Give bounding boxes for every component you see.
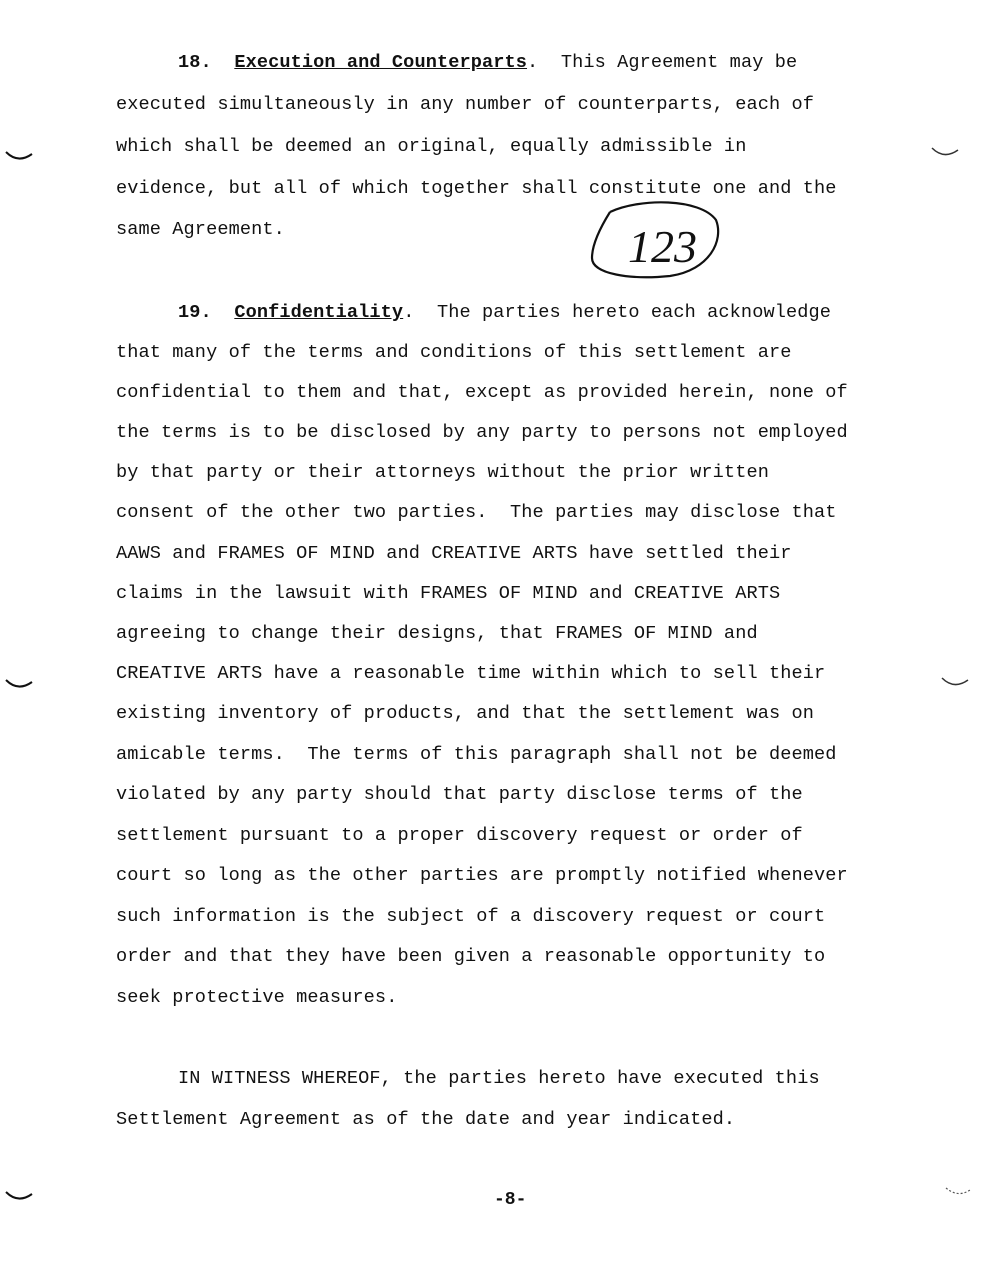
section-18-line: same Agreement. — [116, 219, 285, 240]
section-18-line: executed simultaneously in any number of… — [116, 94, 814, 115]
section-19-line: amicable terms. The terms of this paragr… — [116, 744, 837, 765]
section-18-heading: Execution and Counterparts — [234, 52, 527, 73]
section-18-number: 18. — [178, 52, 212, 73]
hole-mark-icon — [4, 678, 36, 692]
handwritten-page-mark: 123 — [590, 200, 720, 280]
hole-mark-icon — [944, 1186, 974, 1200]
section-19-line: claims in the lawsuit with FRAMES OF MIN… — [116, 583, 780, 604]
witness-line: IN WITNESS WHEREOF, the parties hereto h… — [178, 1068, 820, 1089]
section-19-first-line: 19. Confidentiality. The parties hereto … — [178, 302, 831, 323]
section-18-line: which shall be deemed an original, equal… — [116, 136, 746, 157]
section-19-line: by that party or their attorneys without… — [116, 462, 769, 483]
section-19-line: court so long as the other parties are p… — [116, 865, 848, 886]
section-19-line: the terms is to be disclosed by any part… — [116, 422, 848, 443]
hole-mark-icon — [4, 1190, 36, 1204]
hole-mark-icon — [940, 676, 972, 690]
section-19-line: violated by any party should that party … — [116, 784, 803, 805]
witness-line: Settlement Agreement as of the date and … — [116, 1109, 735, 1130]
section-18-first-line: 18. Execution and Counterparts. This Agr… — [178, 52, 797, 73]
section-19-line: confidential to them and that, except as… — [116, 382, 848, 403]
section-19-line: agreeing to change their designs, that F… — [116, 623, 758, 644]
section-19-line: order and that they have been given a re… — [116, 946, 825, 967]
section-19-line: that many of the terms and conditions of… — [116, 342, 791, 363]
section-19-line: AAWS and FRAMES OF MIND and CREATIVE ART… — [116, 543, 791, 564]
section-19-line: settlement pursuant to a proper discover… — [116, 825, 803, 846]
circle-icon: 123 — [590, 200, 720, 280]
section-19-line: existing inventory of products, and that… — [116, 703, 814, 724]
section-19-number: 19. — [178, 302, 212, 323]
section-19-line: consent of the other two parties. The pa… — [116, 502, 837, 523]
section-19-line: seek protective measures. — [116, 987, 397, 1008]
hole-mark-icon — [930, 146, 962, 160]
handwritten-number: 123 — [628, 221, 697, 272]
section-18-text: This Agreement may be — [561, 52, 797, 73]
section-19-heading: Confidentiality — [234, 302, 403, 323]
section-19-line: such information is the subject of a dis… — [116, 906, 825, 927]
page-number: -8- — [494, 1190, 526, 1210]
section-19-line: CREATIVE ARTS have a reasonable time wit… — [116, 663, 825, 684]
section-19-text: The parties hereto each acknowledge — [437, 302, 831, 323]
section-18-line: evidence, but all of which together shal… — [116, 178, 837, 199]
hole-mark-icon — [4, 150, 36, 164]
